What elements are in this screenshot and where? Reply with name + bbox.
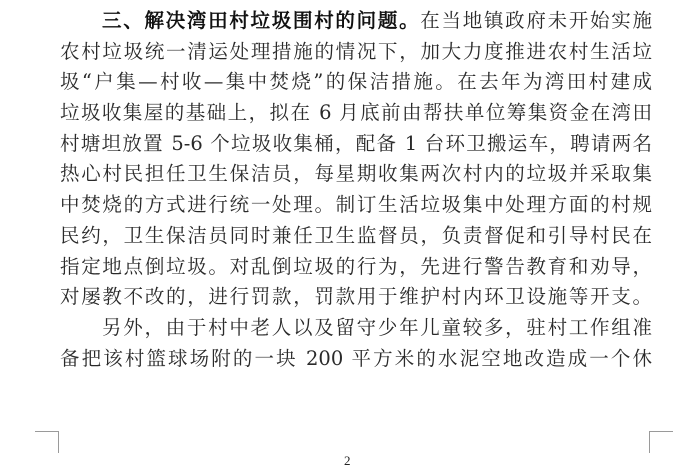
paragraph-1-line-7: 中焚烧的方式进行统一处理。制订生活垃圾集中处理方面的村规 (60, 190, 652, 221)
document-page: 三、解决湾田村垃圾围村的问题。在当地镇政府未开始实施 农村垃圾统一清运处理措施的… (0, 0, 700, 472)
body-text: 三、解决湾田村垃圾围村的问题。在当地镇政府未开始实施 农村垃圾统一清运处理措施的… (60, 6, 652, 374)
paragraph-1-line-8: 民约，卫生保洁员同时兼任卫生监督员，负责督促和引导村民在 (60, 221, 652, 252)
paragraph-1-line-4: 垃圾收集屋的基础上，拟在 6 月底前由帮扶单位筹集资金在湾田 (60, 98, 652, 129)
paragraph-2-line-2: 备把该村篮球场附的一块 200 平方米的水泥空地改造成一个休 (60, 344, 652, 375)
paragraph-1-line-5: 村塘坦放置 5-6 个垃圾收集桶，配备 1 台环卫搬运车，聘请两名 (60, 129, 652, 160)
paragraph-1-line-1: 三、解决湾田村垃圾围村的问题。在当地镇政府未开始实施 (60, 6, 652, 37)
paragraph-1-line-3: 圾“户集—村收—集中焚烧”的保洁措施。在去年为湾田村建成 (60, 67, 652, 98)
page-number: 2 (344, 453, 351, 469)
paragraph-text: 在当地镇政府未开始实施 (420, 9, 652, 32)
paragraph-1-line-2: 农村垃圾统一清运处理措施的情况下，加大力度推进农村生活垃 (60, 37, 652, 68)
margin-corner-mark-right (649, 431, 673, 453)
paragraph-2-line-1: 另外，由于村中老人以及留守少年儿童较多，驻村工作组准 (60, 313, 652, 344)
section-heading: 三、解决湾田村垃圾围村的问题。 (102, 9, 420, 32)
paragraph-1-line-6: 热心村民担任卫生保洁员，每星期收集两次村内的垃圾并采取集 (60, 159, 652, 190)
paragraph-1-line-10: 对屡教不改的，进行罚款，罚款用于维护村内环卫设施等开支。 (60, 282, 652, 313)
paragraph-1-line-9: 指定地点倒垃圾。对乱倒垃圾的行为，先进行警告教育和劝导， (60, 252, 652, 283)
margin-corner-mark-left (35, 431, 59, 453)
